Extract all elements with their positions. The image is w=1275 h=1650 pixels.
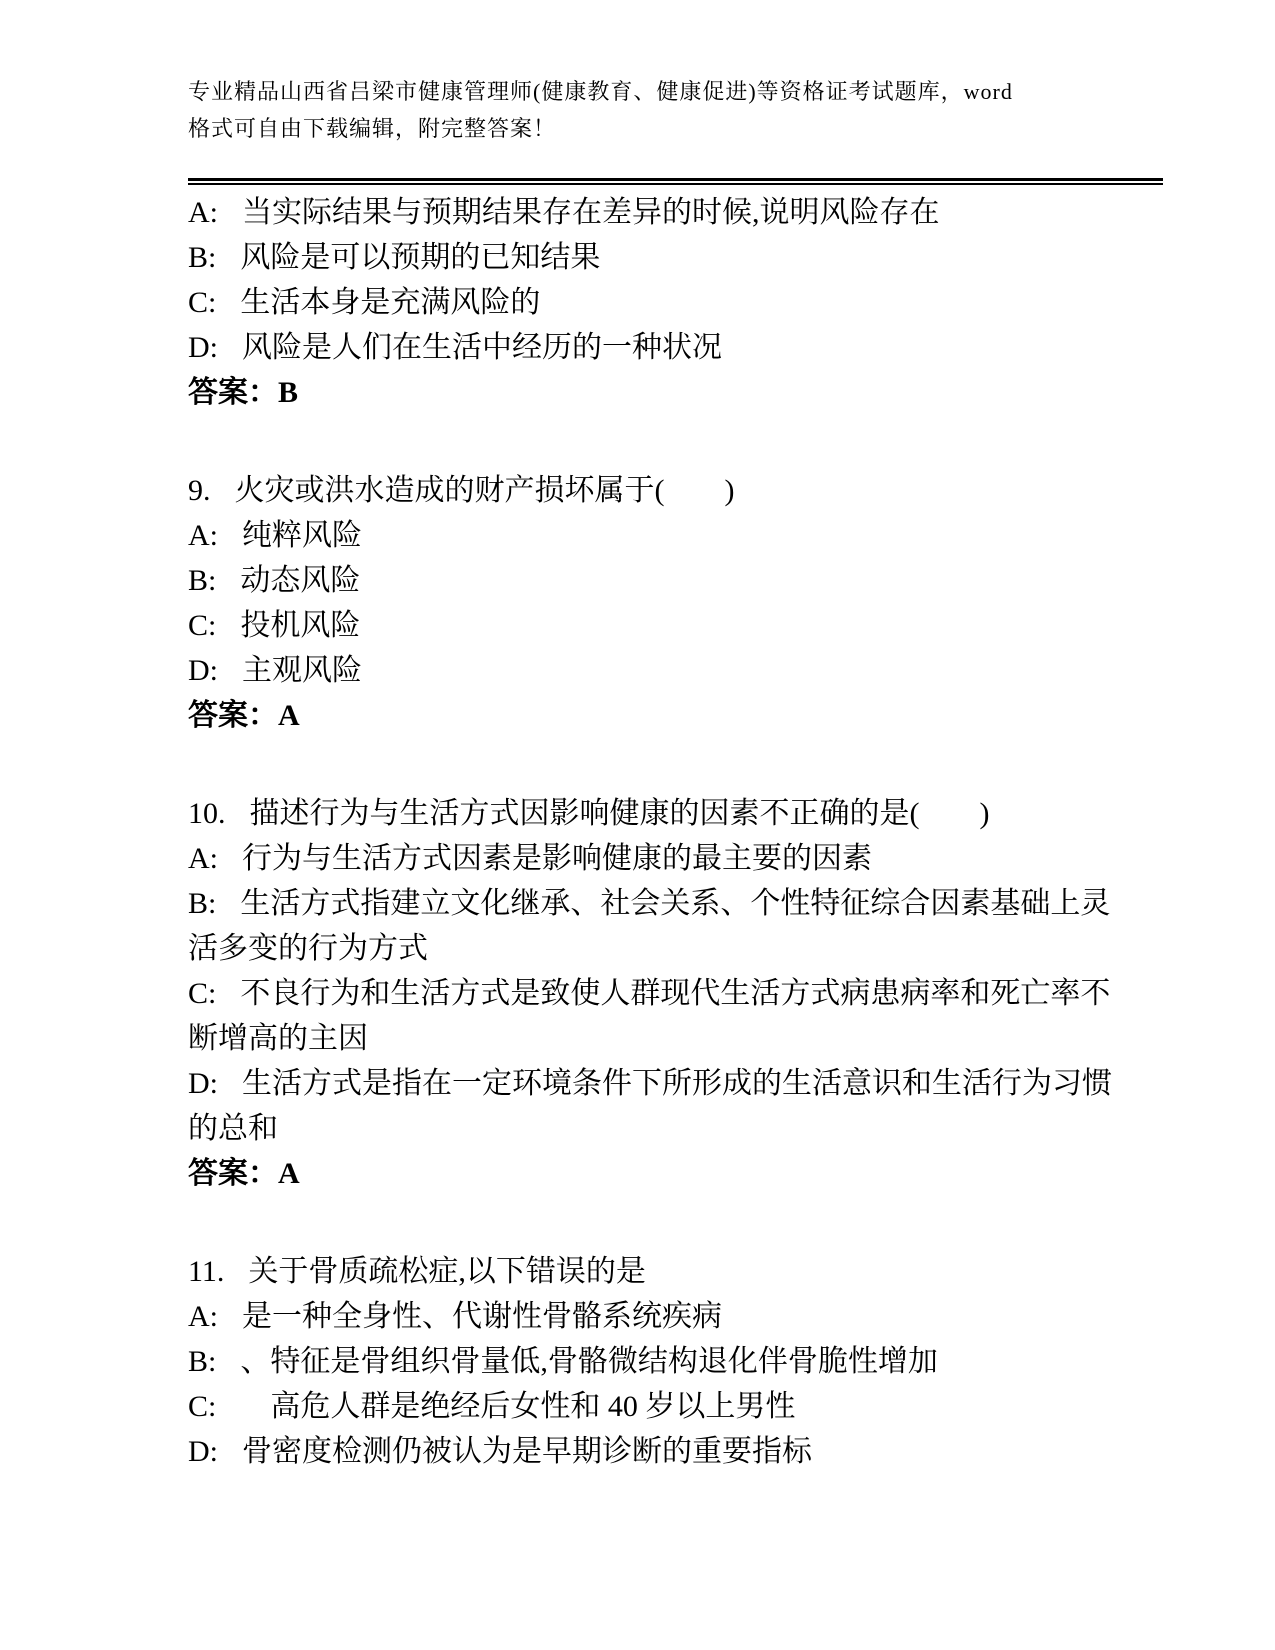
- option-label: D:: [188, 1435, 218, 1468]
- answer-line: 答案：A: [188, 1151, 1175, 1196]
- option-label: C:: [188, 609, 216, 642]
- option-text: 风险是人们在生活中经历的一种状况: [242, 331, 722, 364]
- option-line: B:动态风险: [188, 558, 1175, 603]
- option-line: A:纯粹风险: [188, 513, 1175, 558]
- header-text-line-1: 专业精品山西省吕梁市健康管理师(健康教育、健康促进)等资格证考试题库，word: [188, 73, 1175, 110]
- option-text: 生活方式是指在一定环境条件下所形成的生活意识和生活行为习惯: [242, 1067, 1112, 1100]
- option-line: D:骨密度检测仍被认为是早期诊断的重要指标: [188, 1429, 1175, 1474]
- option-label: B:: [188, 241, 216, 274]
- option-continuation-line: 活多变的行为方式: [188, 926, 1175, 971]
- option-text: 风险是可以预期的已知结果: [240, 241, 600, 274]
- option-line: A:当实际结果与预期结果存在差异的时候,说明风险存在: [188, 190, 1175, 235]
- answer-label: 答案：: [188, 699, 278, 732]
- option-text: 断增高的主因: [188, 1022, 368, 1055]
- answer-value: B: [278, 376, 298, 409]
- document-content: A:当实际结果与预期结果存在差异的时候,说明风险存在B:风险是可以预期的已知结果…: [188, 185, 1175, 1474]
- option-text: 动态风险: [240, 564, 360, 597]
- option-label: C:: [188, 977, 216, 1010]
- option-line: C:投机风险: [188, 603, 1175, 648]
- document-header: 专业精品山西省吕梁市健康管理师(健康教育、健康促进)等资格证考试题库，word …: [0, 0, 1275, 147]
- option-label: B:: [188, 564, 216, 597]
- question-line: 10.描述行为与生活方式因影响健康的因素不正确的是( ): [188, 791, 1175, 836]
- option-line: B:风险是可以预期的已知结果: [188, 235, 1175, 280]
- option-line: D:生活方式是指在一定环境条件下所形成的生活意识和生活行为习惯: [188, 1061, 1175, 1106]
- header-divider-rule: [188, 178, 1163, 185]
- option-line: C: 高危人群是绝经后女性和 40 岁以上男性: [188, 1384, 1175, 1429]
- option-label: A:: [188, 842, 218, 875]
- option-line: B:生活方式指建立文化继承、社会关系、个性特征综合因素基础上灵: [188, 881, 1175, 926]
- header-text-line-2: 格式可自由下载编辑，附完整答案！: [188, 110, 1175, 147]
- option-continuation-line: 断增高的主因: [188, 1016, 1175, 1061]
- option-label: B:: [188, 1345, 216, 1378]
- answer-value: A: [278, 699, 300, 732]
- question-block: 11.关于骨质疏松症,以下错误的是A:是一种全身性、代谢性骨骼系统疾病B:、特征…: [188, 1249, 1175, 1474]
- option-text: 主观风险: [242, 654, 362, 687]
- option-line: C:生活本身是充满风险的: [188, 280, 1175, 325]
- question-block: 10.描述行为与生活方式因影响健康的因素不正确的是( )A:行为与生活方式因素是…: [188, 791, 1175, 1196]
- option-text: 行为与生活方式因素是影响健康的最主要的因素: [242, 842, 872, 875]
- option-text: 的总和: [188, 1112, 278, 1145]
- option-line: A:行为与生活方式因素是影响健康的最主要的因素: [188, 836, 1175, 881]
- option-label: D:: [188, 1067, 218, 1100]
- option-continuation-line: 的总和: [188, 1106, 1175, 1151]
- option-label: A:: [188, 1300, 218, 1333]
- question-text: 关于骨质疏松症,以下错误的是: [248, 1255, 646, 1288]
- question-text: 火灾或洪水造成的财产损坏属于( ): [235, 474, 735, 507]
- option-line: B:、特征是骨组织骨量低,骨骼微结构退化伴骨脆性增加: [188, 1339, 1175, 1384]
- question-number: 10.: [188, 797, 226, 830]
- option-text: 骨密度检测仍被认为是早期诊断的重要指标: [242, 1435, 812, 1468]
- answer-label: 答案：: [188, 1157, 278, 1190]
- answer-value: A: [278, 1157, 300, 1190]
- option-line: D:风险是人们在生活中经历的一种状况: [188, 325, 1175, 370]
- question-number: 9.: [188, 474, 211, 507]
- option-line: A:是一种全身性、代谢性骨骼系统疾病: [188, 1294, 1175, 1339]
- document-page: 专业精品山西省吕梁市健康管理师(健康教育、健康促进)等资格证考试题库，word …: [0, 0, 1275, 1650]
- question-text: 描述行为与生活方式因影响健康的因素不正确的是( ): [250, 797, 990, 830]
- option-text: 不良行为和生活方式是致使人群现代生活方式病患病率和死亡率不: [240, 977, 1110, 1010]
- question-line: 9.火灾或洪水造成的财产损坏属于( ): [188, 468, 1175, 513]
- option-text: 、特征是骨组织骨量低,骨骼微结构退化伴骨脆性增加: [240, 1345, 938, 1378]
- option-text: 生活方式指建立文化继承、社会关系、个性特征综合因素基础上灵: [240, 887, 1110, 920]
- answer-label: 答案：: [188, 376, 278, 409]
- option-label: A:: [188, 519, 218, 552]
- question-number: 11.: [188, 1255, 224, 1288]
- answer-line: 答案：A: [188, 693, 1175, 738]
- option-text: 生活本身是充满风险的: [240, 286, 540, 319]
- option-text: 当实际结果与预期结果存在差异的时候,说明风险存在: [242, 196, 940, 229]
- option-label: B:: [188, 887, 216, 920]
- option-line: D:主观风险: [188, 648, 1175, 693]
- option-line: C:不良行为和生活方式是致使人群现代生活方式病患病率和死亡率不: [188, 971, 1175, 1016]
- option-text: 活多变的行为方式: [188, 932, 428, 965]
- question-block: A:当实际结果与预期结果存在差异的时候,说明风险存在B:风险是可以预期的已知结果…: [188, 190, 1175, 415]
- option-text: 是一种全身性、代谢性骨骼系统疾病: [242, 1300, 722, 1333]
- option-label: D:: [188, 654, 218, 687]
- option-label: C:: [188, 286, 216, 319]
- answer-line: 答案：B: [188, 370, 1175, 415]
- option-text: 纯粹风险: [242, 519, 362, 552]
- option-label: C:: [188, 1390, 216, 1423]
- option-label: D:: [188, 331, 218, 364]
- option-label: A:: [188, 196, 218, 229]
- question-block: 9.火灾或洪水造成的财产损坏属于( )A:纯粹风险B:动态风险C:投机风险D:主…: [188, 468, 1175, 738]
- option-text: 投机风险: [240, 609, 360, 642]
- option-text: 高危人群是绝经后女性和 40 岁以上男性: [240, 1390, 795, 1423]
- question-line: 11.关于骨质疏松症,以下错误的是: [188, 1249, 1175, 1294]
